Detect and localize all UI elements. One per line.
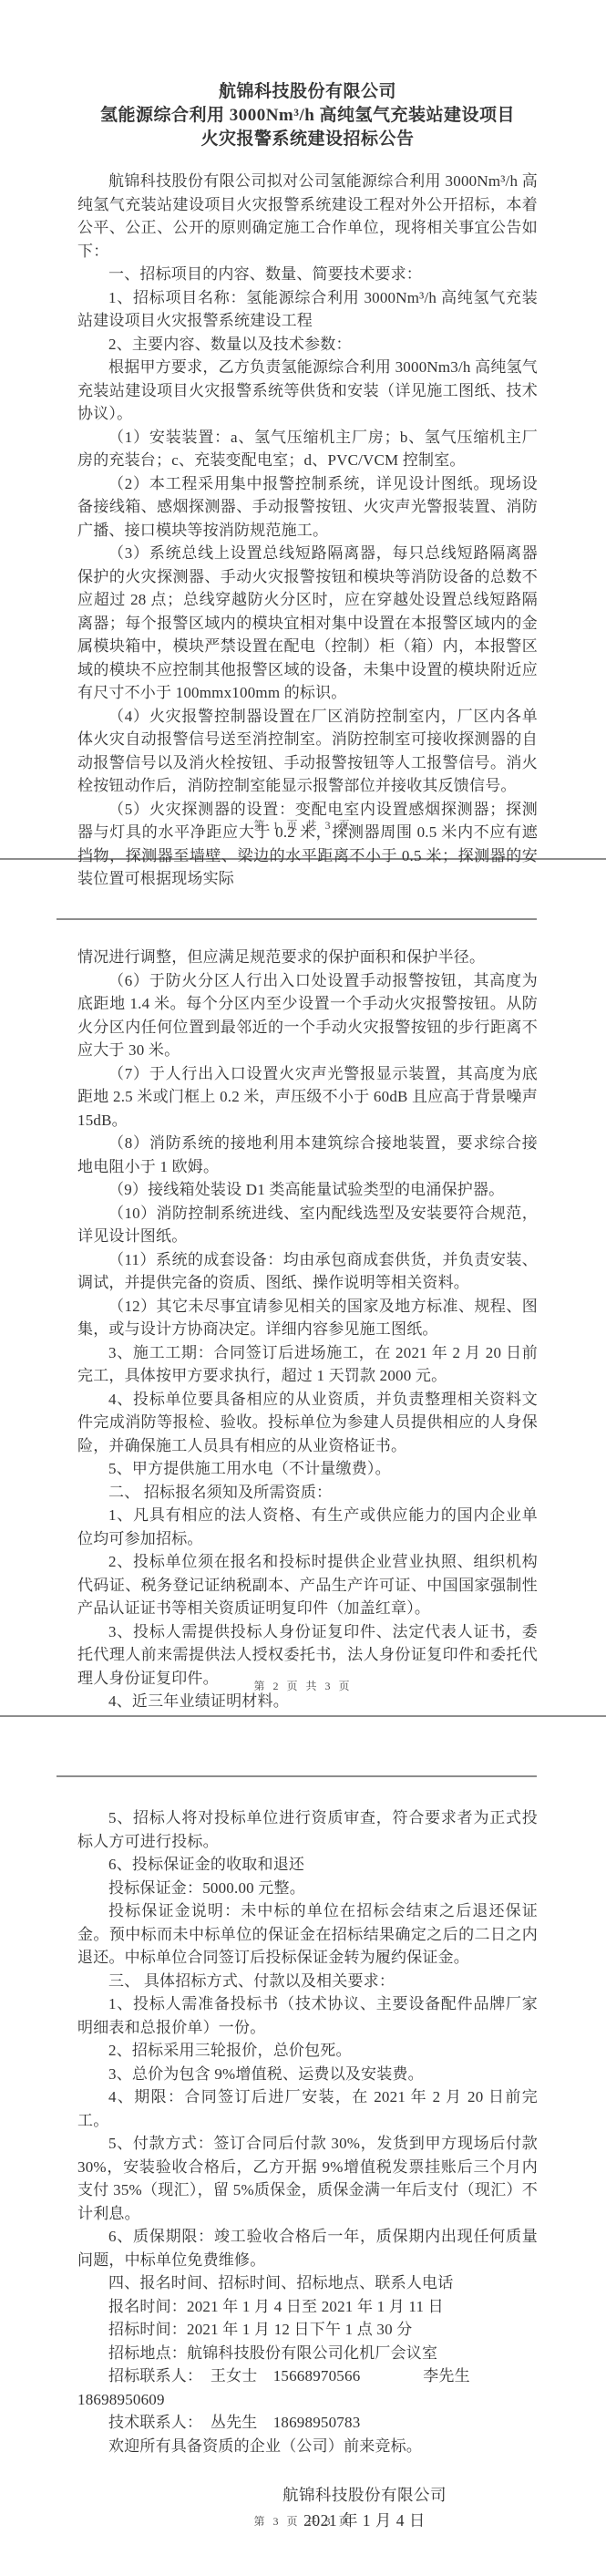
- document-page-3: 5、招标人将对投标单位进行资质审查，符合要求者为正式投标人方可进行投标。6、投标…: [0, 1775, 606, 2575]
- page-gap: [0, 1717, 606, 1775]
- title-company-line: 航锦科技股份有限公司: [77, 80, 538, 104]
- paragraph: 2、主要内容、数量以及技术参数：: [77, 333, 538, 357]
- document-title: 航锦科技股份有限公司 氢能源综合利用 3000Nm³/h 高纯氢气充装站建设项目…: [77, 80, 538, 151]
- paragraph: 6、投标保证金的收取和退还: [77, 1853, 538, 1877]
- paragraph: 1、投标人需准备投标书（技术协议、主要设备配件品牌厂家明细表和总报价单）一份。: [77, 1992, 538, 2039]
- paragraph: （9）接线箱处装设 D1 类高能量试验类型的电涌保护器。: [77, 1178, 538, 1202]
- page-top-edge: [56, 1775, 537, 1777]
- paragraph: 技术联系人： 丛先生 18698950783: [77, 2411, 538, 2435]
- paragraph: 4、投标单位要具备相应的从业资质，并负责整理相关资料文件完成消防等报检、验收。投…: [77, 1388, 538, 1458]
- paragraph: 2、投标单位须在报名和投标时提供企业营业执照、组织机构代码证、税务登记证纳税副本…: [77, 1550, 538, 1620]
- page-3-number: 第 3 页 共 3 页: [0, 2513, 606, 2529]
- paragraph: 3、施工工期：合同签订后进场施工，在 2021 年 2 月 20 日前完工，具体…: [77, 1341, 538, 1388]
- document-page-1: 航锦科技股份有限公司 氢能源综合利用 3000Nm³/h 高纯氢气充装站建设项目…: [0, 0, 606, 860]
- paragraph: 招标联系人： 王女士 15668970566 李先生 18698950609: [77, 2364, 538, 2411]
- signature-company: 航锦科技股份有限公司: [282, 2482, 447, 2508]
- title-project-line: 氢能源综合利用 3000Nm³/h 高纯氢气充装站建设项目: [77, 104, 538, 128]
- paragraph: 5、招标人将对投标单位进行资质审查，符合要求者为正式投标人方可进行投标。: [77, 1806, 538, 1853]
- paragraph: （11）系统的成套设备：均由承包商成套供货，并负责安装、调试，并提供完备的资质、…: [77, 1248, 538, 1295]
- page-1-number: 第 1 页 共 3 页: [0, 817, 606, 833]
- paragraph: 1、凡具有相应的法人资格、有生产或供应能力的国内企业单位均可参加招标。: [77, 1504, 538, 1550]
- paragraph: （12）其它未尽事宜请参见相关的国家及地方标准、规程、图集，或与设计方协商决定。…: [77, 1295, 538, 1341]
- page-top-edge: [56, 918, 537, 920]
- paragraph: （1）安装装置：a、氢气压缩机主厂房；b、氢气压缩机主厂房的充装台；c、充装变配…: [77, 426, 538, 472]
- paragraph: 根据甲方要求，乙方负责氢能源综合利用 3000Nm3/h 高纯氢气充装站建设项目…: [77, 356, 538, 426]
- paragraph: （2）本工程采用集中报警控制系统，详见设计图纸。现场设备接线箱、感烟探测器、手动…: [77, 472, 538, 543]
- paragraph: 三、 具体招标方式、付款以及相关要求：: [77, 1970, 538, 1993]
- paragraph: 招标地点：航锦科技股份有限公司化机厂会议室: [77, 2342, 538, 2365]
- paragraph: 招标时间：2021 年 1 月 12 日下午 1 点 30 分: [77, 2318, 538, 2342]
- paragraph: 1、招标项目名称：氢能源综合利用 3000Nm³/h 高纯氢气充装站建设项目火灾…: [77, 286, 538, 333]
- paragraph: 二、 招标报名须知及所需资质：: [77, 1481, 538, 1505]
- paragraph: 投标保证金说明：未中标的单位在招标会结束之后退还保证金。预中标而未中标单位的保证…: [77, 1899, 538, 1970]
- paragraph: 2、招标采用三轮报价，总价包死。: [77, 2039, 538, 2063]
- paragraph: 6、质保期限：竣工验收合格后一年，质保期内出现任何质量问题，中标单位免费维修。: [77, 2225, 538, 2271]
- paragraph: （5）火灾探测器的设置：变配电室内设置感烟探测器；探测器与灯具的水平净距应大于 …: [77, 798, 538, 891]
- paragraph: （10）消防控制系统进线、室内配线选型及安装要符合规范，详见设计图纸。: [77, 1202, 538, 1248]
- paragraph: （3）系统总线上设置总线短路隔离器，每只总线短路隔离器保护的火灾探测器、手动火灾…: [77, 542, 538, 705]
- paragraph: 4、期限：合同签订后进厂安装，在 2021 年 2 月 20 日前完工。: [77, 2085, 538, 2132]
- paragraph: （7）于人行出入口设置火灾声光警报显示装置，其高度为底距地 2.5 米或门框上 …: [77, 1062, 538, 1133]
- paragraph: 报名时间：2021 年 1 月 4 日至 2021 年 1 月 11 日: [77, 2295, 538, 2319]
- page-1-body: 航锦科技股份有限公司拟对公司氢能源综合利用 3000Nm³/h 高纯氢气充装站建…: [77, 170, 538, 891]
- page-3-body: 5、招标人将对投标单位进行资质审查，符合要求者为正式投标人方可进行投标。6、投标…: [77, 1806, 538, 2457]
- paragraph: （4）火灾报警控制器设置在厂区消防控制室内，厂区内各单体火灾自动报警信号送至消控…: [77, 705, 538, 798]
- paragraph: （6）于防火分区人行出入口处设置手动报警按钮，其高度为底距地 1.4 米。每个分…: [77, 969, 538, 1062]
- paragraph: 航锦科技股份有限公司拟对公司氢能源综合利用 3000Nm³/h 高纯氢气充装站建…: [77, 170, 538, 263]
- paragraph: 5、付款方式：签订合同后付款 30%，发货到甲方现场后付款 30%，安装验收合格…: [77, 2132, 538, 2225]
- paragraph: （8）消防系统的接地利用本建筑综合接地装置，要求综合接地电阻小于 1 欧姆。: [77, 1132, 538, 1178]
- paragraph: 投标保证金：5000.00 元整。: [77, 1877, 538, 1900]
- document-page-2: 情况进行调整，但应满足规范要求的保护面积和保护半径。（6）于防火分区人行出入口处…: [0, 918, 606, 1717]
- page-2-body: 情况进行调整，但应满足规范要求的保护面积和保护半径。（6）于防火分区人行出入口处…: [77, 946, 538, 1713]
- paragraph: 一、招标项目的内容、数量、简要技术要求：: [77, 263, 538, 286]
- paragraph: 欢迎所有具备资质的企业（公司）前来竞标。: [77, 2435, 538, 2458]
- paragraph: 5、甲方提供施工用水电（不计量缴费）。: [77, 1457, 538, 1481]
- paragraph: 情况进行调整，但应满足规范要求的保护面积和保护半径。: [77, 946, 538, 969]
- paragraph: 四、报名时间、招标时间、招标地点、联系人电话: [77, 2271, 538, 2295]
- title-subject-line: 火灾报警系统建设招标公告: [77, 128, 538, 151]
- page-2-number: 第 2 页 共 3 页: [0, 1678, 606, 1693]
- paragraph: 3、总价为包含 9%增值税、运费以及安装费。: [77, 2063, 538, 2086]
- tender-announcement-document: 航锦科技股份有限公司 氢能源综合利用 3000Nm³/h 高纯氢气充装站建设项目…: [0, 0, 606, 2575]
